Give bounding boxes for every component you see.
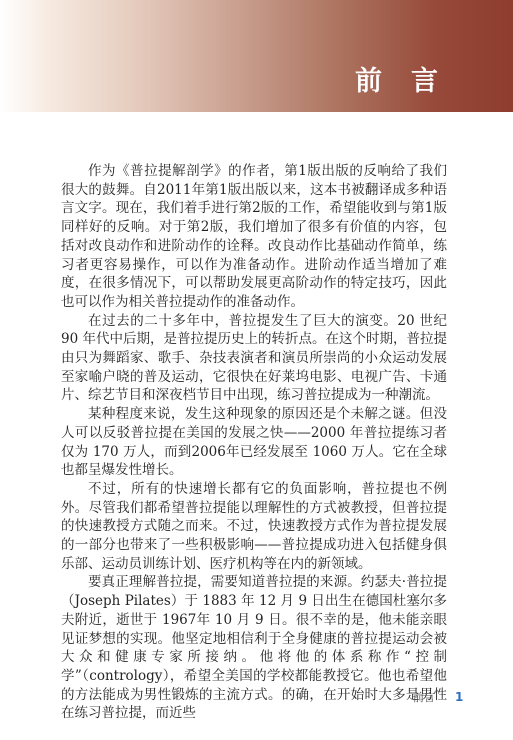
preface-body: 作为《普拉提解剖学》的作者，第1版出版的反响给了我们很大的鼓舞。自2011年第1…	[61, 162, 447, 723]
chapter-title-band: 前 言	[0, 0, 513, 112]
paragraph: 在过去的二十多年中，普拉提发生了巨大的演变。20 世纪 90 年代中后期，是普拉…	[61, 312, 447, 406]
chapter-title: 前 言	[355, 66, 439, 98]
book-page: 前 言 作为《普拉提解剖学》的作者，第1版出版的反响给了我们很大的鼓舞。自201…	[0, 0, 513, 740]
footer-section-label: 前言	[413, 689, 435, 705]
paragraph: 要真正理解普拉提，需要知道普拉提的来源。约瑟夫·普拉提（Joseph Pilat…	[61, 573, 447, 723]
page-footer: 前言 1	[413, 689, 463, 705]
paragraph: 不过，所有的快速增长都有它的负面影响，普拉提也不例外。尽管我们都希望普拉提能以理…	[61, 480, 447, 574]
paragraph: 某种程度来说，发生这种现象的原因还是个未解之谜。但没人可以反驳普拉提在美国的发展…	[61, 405, 447, 480]
footer-page-number: 1	[455, 690, 463, 704]
paragraph: 作为《普拉提解剖学》的作者，第1版出版的反响给了我们很大的鼓舞。自2011年第1…	[61, 162, 447, 312]
